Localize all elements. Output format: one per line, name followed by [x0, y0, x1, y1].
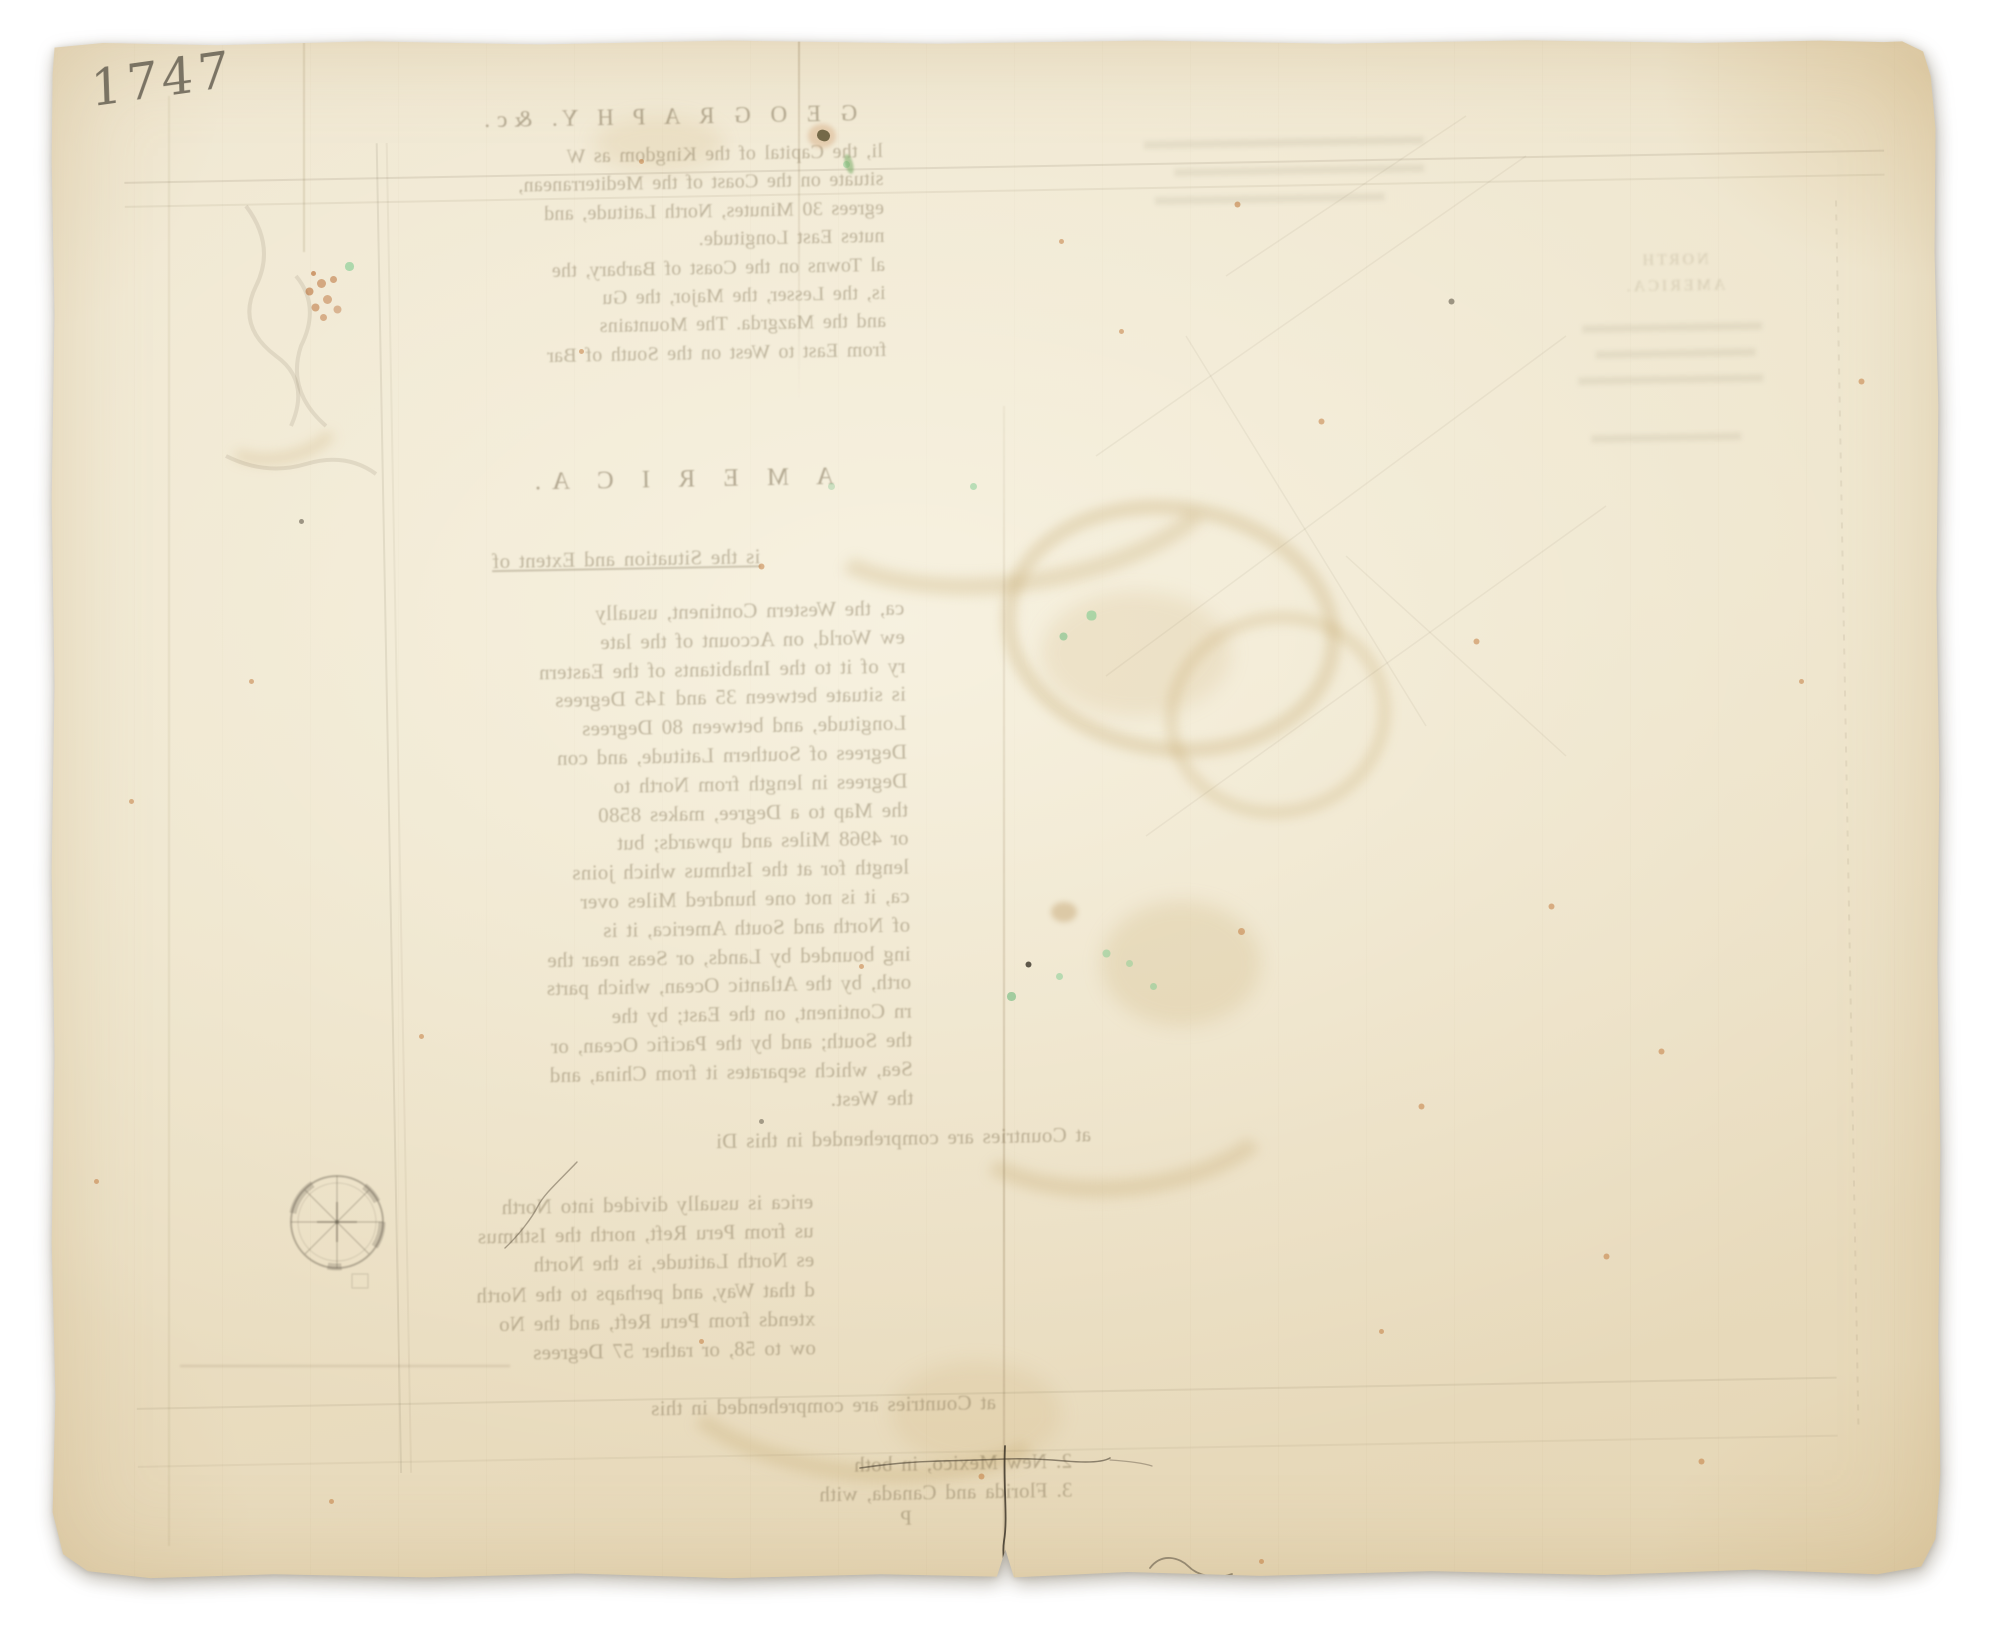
- stain: [594, 116, 724, 171]
- paper-marks-overlay: [46, 36, 1944, 1582]
- showthrough-america-paragraph: ca, the Western Continent, usually ew Wo…: [444, 594, 913, 1121]
- paper-shadow-wrap: G E O G R A P H Y. &c. li, the Capital o…: [46, 36, 1944, 1582]
- showthrough-line: and the Mazgrda. The Mountains: [456, 307, 886, 343]
- photo-background: { "photo": { "background_color": "#fffff…: [0, 0, 1990, 1627]
- showthrough-catchword: P: [889, 1503, 924, 1532]
- showthrough-print-layer: G E O G R A P H Y. &c. li, the Capital o…: [32, 19, 1958, 1600]
- compass-rose-showthrough: [291, 1176, 383, 1288]
- scene: G E O G R A P H Y. &c. li, the Capital o…: [0, 0, 1990, 1627]
- showthrough-text-smear: [1155, 193, 1385, 205]
- showthrough-situation-line-block: is the Situation and Extent of: [340, 542, 760, 578]
- right-column-title: NORTH: [1564, 245, 1784, 275]
- showthrough-line: the West.: [453, 1083, 913, 1120]
- stain: [891, 1361, 1061, 1466]
- showthrough-line: at Countries are comprehended in this Di: [651, 1120, 1091, 1157]
- showthrough-line: Sea, which separates it from China, and: [453, 1054, 913, 1091]
- stain: [1101, 901, 1261, 1026]
- showthrough-division-paragraph: erica is usually divided into North us f…: [413, 1187, 816, 1370]
- showthrough-line: ca, it is not one hundred Miles over: [449, 882, 909, 919]
- showthrough-text-smear: [1144, 136, 1424, 149]
- map-border-showthrough: [376, 143, 402, 1473]
- stain: [1051, 902, 1077, 922]
- showthrough-line: 3. Florida and Canada, with: [692, 1476, 1072, 1512]
- showthrough-line: ow to 58, or rather 57 Degrees: [416, 1333, 816, 1370]
- showthrough-america-heading: A M E R I C A.: [499, 462, 859, 497]
- showthrough-line: of North and South America, it is: [450, 910, 910, 947]
- showthrough-countries-line-1: at Countries are comprehended in this Di: [651, 1120, 1091, 1157]
- showthrough-line: or 4968 Miles and upwards; but: [448, 824, 908, 861]
- showthrough-line: the South; and by the Pacific Ocean, or: [452, 1026, 912, 1063]
- map-border-showthrough: [125, 174, 1885, 208]
- horizontal-crease: [180, 1365, 510, 1367]
- paper-edge-toning: [46, 36, 1944, 1582]
- stain: [772, 335, 1255, 622]
- center-fold-crease: [1003, 406, 1005, 1566]
- map-border-showthrough: [1835, 200, 1859, 1430]
- showthrough-line: 2. New Mexico, in both: [692, 1447, 1072, 1483]
- fold-crease: [168, 96, 170, 1546]
- showthrough-line: Degrees of Southern Latitude, and con: [447, 738, 907, 775]
- paper-cracks: [505, 1162, 1232, 1577]
- pencil-scribble: [1150, 1558, 1232, 1577]
- green-flecks: [46, 36, 49, 39]
- showthrough-right-column-title: NORTH AMERICA.: [1564, 245, 1785, 301]
- map-border-showthrough: [137, 1377, 1837, 1410]
- showthrough-line: is the Situation and Extent of: [340, 542, 760, 578]
- green-smear: [843, 153, 856, 174]
- stain: [648, 1253, 1091, 1500]
- stain: [204, 365, 354, 476]
- showthrough-line: ew World, on Account of the late: [445, 622, 905, 659]
- right-column-title: AMERICA.: [1564, 271, 1784, 301]
- showthrough-line: rn Continent, on the East; by the: [452, 997, 912, 1034]
- fold-crease: [303, 42, 305, 252]
- paper-sheet: G E O G R A P H Y. &c. li, the Capital o…: [46, 36, 1944, 1582]
- showthrough-countries-line-2: at Countries are comprehended in this: [596, 1388, 996, 1424]
- stain: [939, 996, 1300, 1211]
- script-showthrough-squiggles: [226, 206, 376, 474]
- showthrough-text-smear: [1174, 164, 1424, 177]
- showthrough-text-smear: [1596, 348, 1756, 359]
- showthrough-line: xtends from Peru Reft, and the No: [415, 1304, 815, 1341]
- vertical-crack: [1003, 1446, 1005, 1568]
- showthrough-line: orth, by the Atlantic Ocean, which parts: [451, 968, 911, 1005]
- rust-spot-cluster: [311, 271, 316, 276]
- stain: [1145, 590, 1411, 841]
- showthrough-line: al Towns on the Coast of Barbary, the: [455, 251, 885, 287]
- showthrough-line: erica is usually divided into North: [413, 1187, 813, 1224]
- map-border-showthrough: [124, 150, 1884, 184]
- showthrough-america-heading-block: A M E R I C A.: [499, 462, 859, 497]
- showthrough-line: d that Way, and perhaps to the North: [415, 1275, 815, 1312]
- handwritten-date: 1747: [90, 40, 234, 118]
- catchword: P: [889, 1503, 924, 1532]
- showthrough-line: ing bounded by Lands, or Seas near the: [450, 939, 910, 976]
- stain: [1041, 591, 1231, 716]
- tear-crack: [505, 1162, 577, 1248]
- showthrough-line: the Map to a Degree, makes 8580: [448, 795, 908, 832]
- rhumb-lines-showthrough: [1096, 116, 1606, 836]
- showthrough-line: from East to West on the South of Bar: [456, 336, 886, 372]
- showthrough-line: is, the Lesser, the Major, the Gu: [455, 279, 885, 315]
- horizontal-crack: [860, 1458, 1110, 1468]
- showthrough-line: egrees 30 Minutes, North Latitude, and: [454, 194, 884, 230]
- showthrough-line: es North Latitude, is the North: [414, 1246, 814, 1283]
- showthrough-line: Longitude, and between 80 Degrees: [446, 709, 906, 746]
- showthrough-line: us from Peru Reft, north the Isthmus: [414, 1217, 814, 1254]
- showthrough-line: ry of it to the Inhabitants of the Easte…: [445, 651, 905, 688]
- showthrough-line: at Countries are comprehended in this: [596, 1388, 996, 1424]
- dark-specks: [46, 36, 49, 39]
- crack-fade: [1110, 1460, 1152, 1466]
- showthrough-text-smear: [1591, 432, 1741, 443]
- map-border-showthrough: [386, 143, 412, 1473]
- showthrough-closing-lines: 2. New Mexico, in both 3. Florida and Ca…: [692, 1447, 1073, 1512]
- foxing-specks: [46, 36, 49, 39]
- showthrough-line: Degrees in length from North to: [447, 766, 907, 803]
- showthrough-line: ca, the Western Continent, usually: [444, 594, 904, 631]
- showthrough-line: is situate between 35 and 145 Degrees: [446, 680, 906, 717]
- map-border-showthrough: [138, 1435, 1838, 1468]
- showthrough-text-smear: [1582, 322, 1762, 333]
- showthrough-line: length for at the Isthmus which joins: [449, 853, 909, 890]
- showthrough-text-smear: [1578, 374, 1763, 385]
- showthrough-line: nutes East Longitude.: [454, 222, 884, 258]
- showthrough-line: situate on the Coast of the Mediterranea…: [453, 165, 883, 201]
- stain: [984, 477, 1358, 779]
- fold-crease: [798, 40, 800, 400]
